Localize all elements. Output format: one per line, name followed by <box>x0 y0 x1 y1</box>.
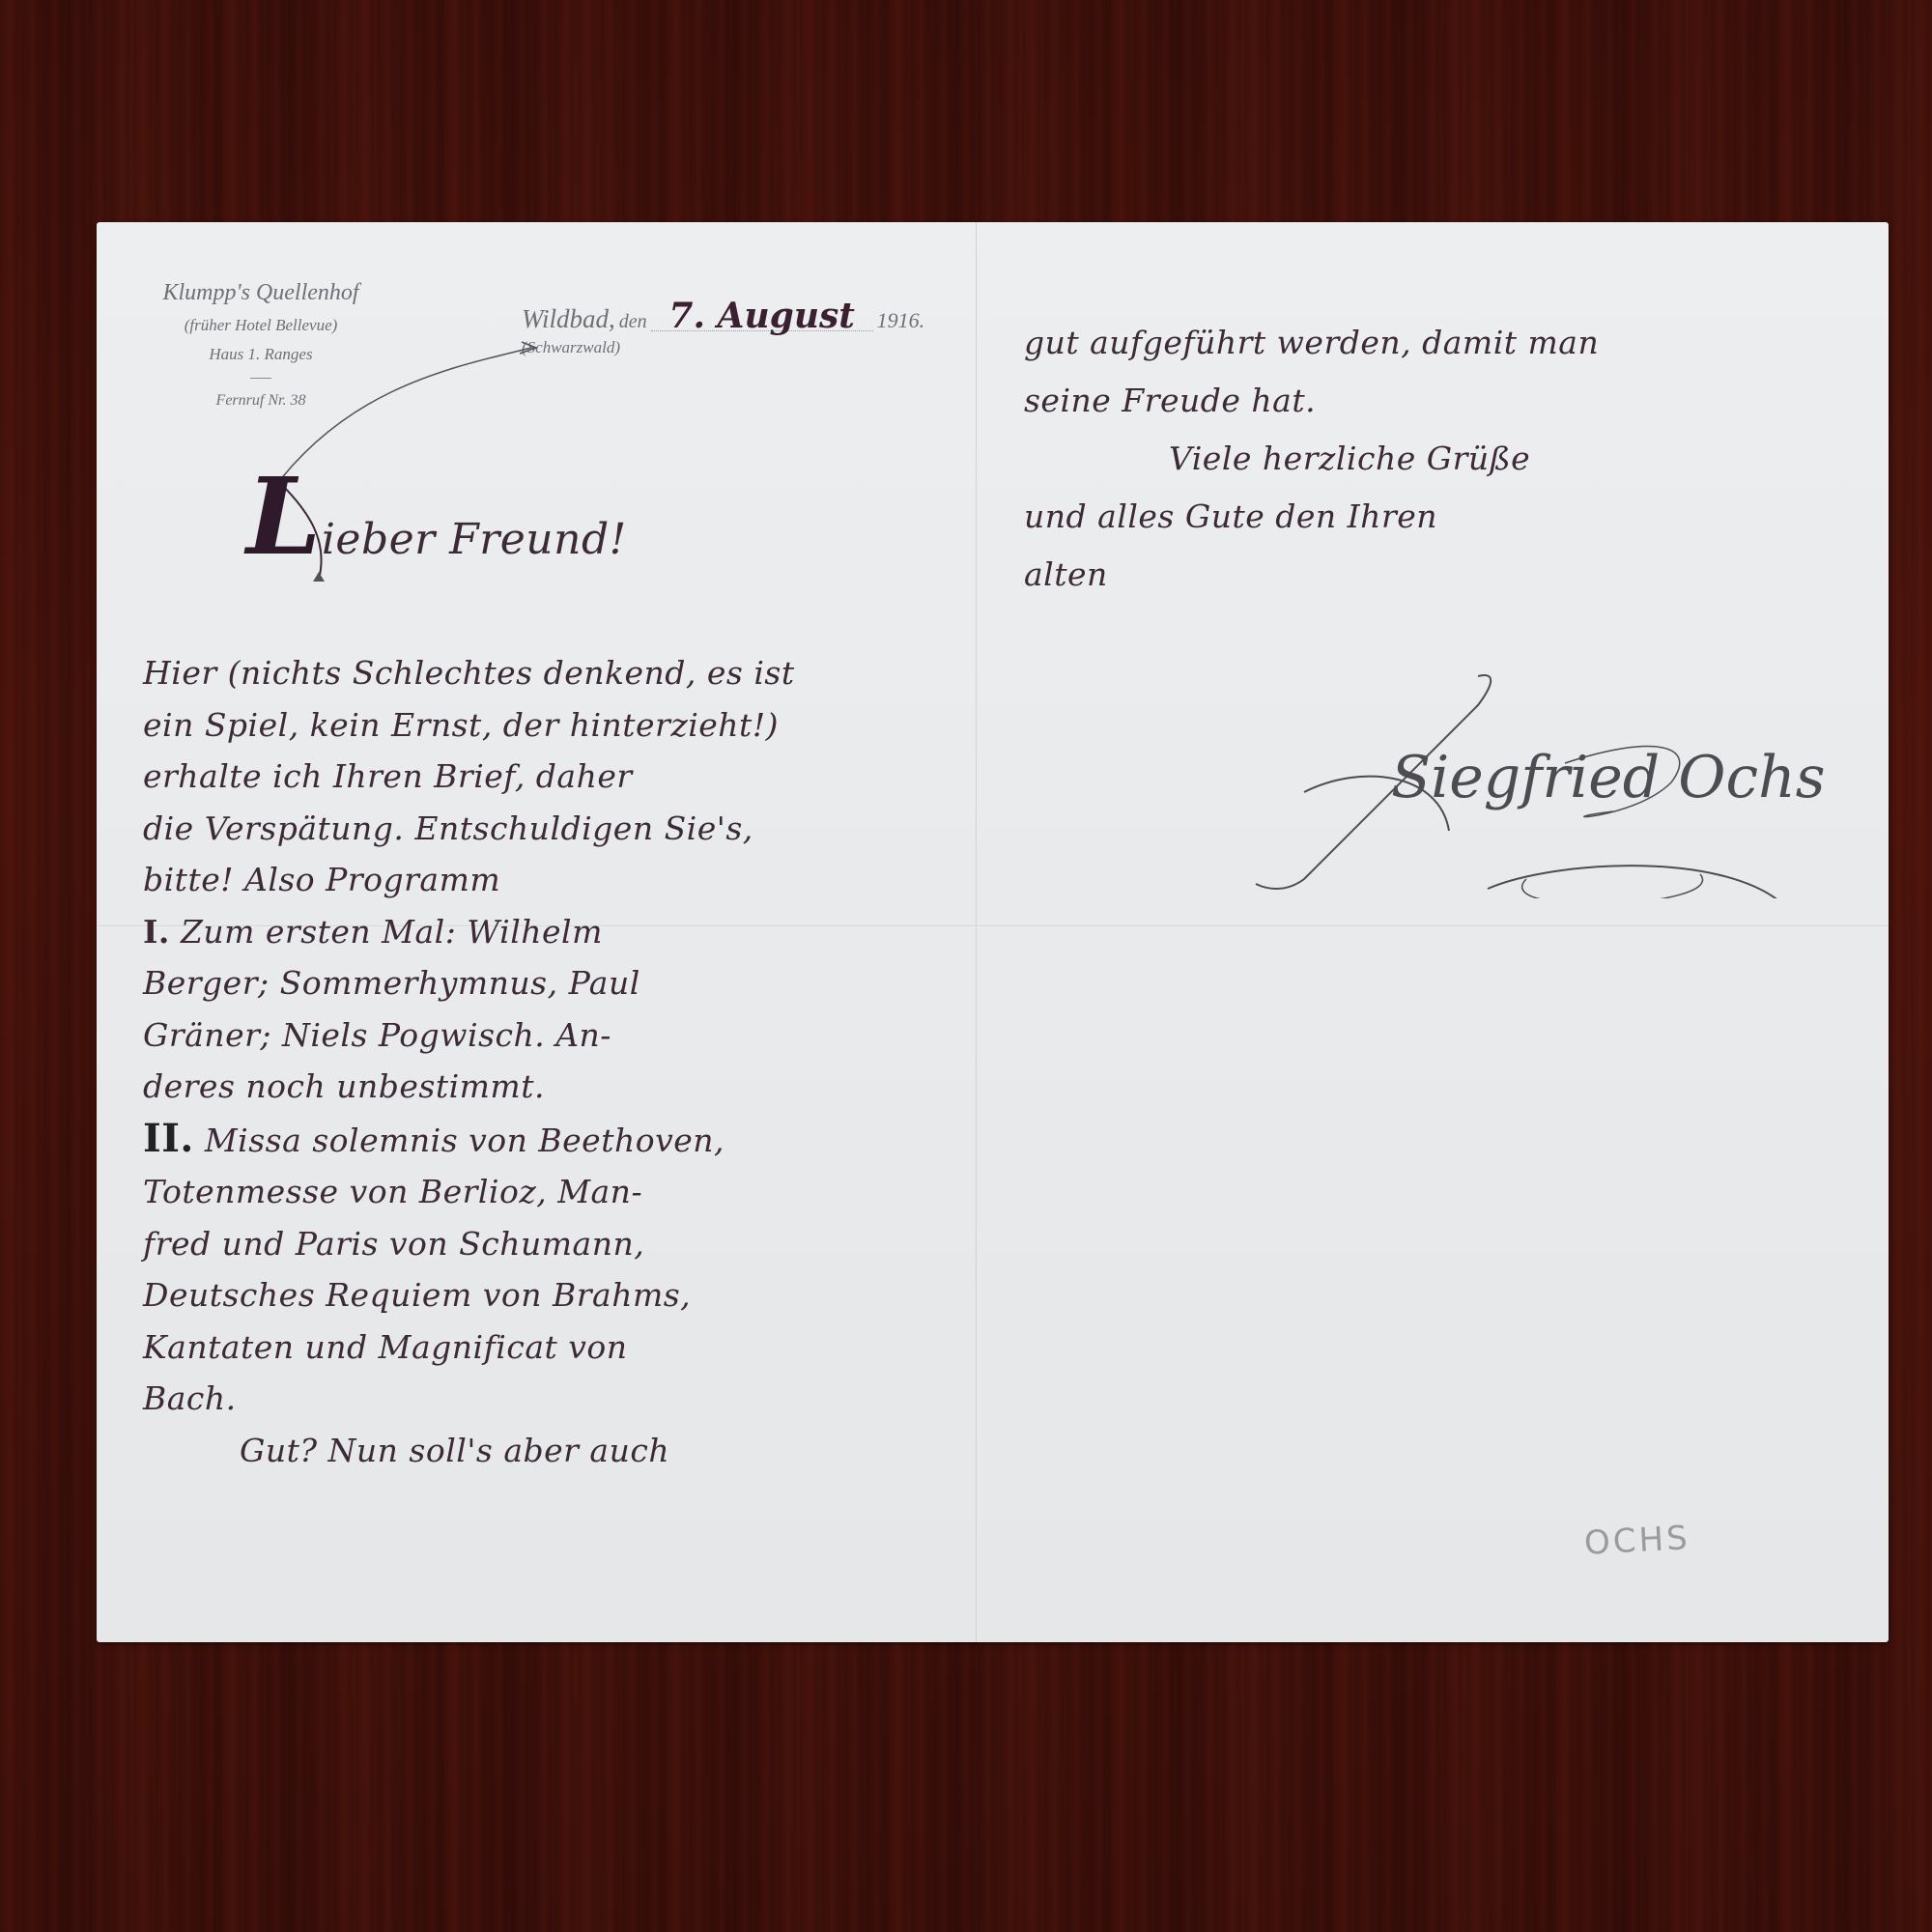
body-line: Kantaten und Magnificat von <box>143 1321 974 1374</box>
pencil-annotation: OCHS <box>1583 1519 1691 1563</box>
body-line: Gräner; Niels Pogwisch. An- <box>143 1009 974 1062</box>
body-line: ein Spiel, kein Ernst, der hinterzieht!) <box>143 699 974 752</box>
date-year: 1916. <box>877 308 925 332</box>
letter-sheet: Klumpp's Quellenhof (früher Hotel Bellev… <box>97 222 1889 1642</box>
regards-line: Viele herzliche Grüße <box>1024 430 1855 488</box>
body-line: Bach. <box>143 1373 974 1425</box>
closing-line: Gut? Nun soll's aber auch <box>143 1425 974 1477</box>
regards-line: alten <box>1024 546 1855 604</box>
salutation-text: ieber Freund! <box>322 515 627 564</box>
body-line: Totenmesse von Berlioz, Man- <box>143 1166 974 1218</box>
program-item-2: II. Missa solemnis von Beethoven, <box>143 1113 974 1167</box>
body-line: bitte! Also Programm <box>143 854 974 906</box>
body-line: Deutsches Requiem von Brahms, <box>143 1269 974 1321</box>
hotel-name: Klumpp's Quellenhof <box>135 280 386 306</box>
signature-block: Siegfried Ochs <box>1246 667 1826 898</box>
region-name: (Schwarzwald) <box>522 338 947 357</box>
body-line: Berger; Sommerhymnus, Paul <box>143 957 974 1009</box>
salutation: Lieber Freund! <box>246 488 627 564</box>
signature-name: Siegfried Ochs <box>1391 744 1826 811</box>
body-line: seine Freude hat. <box>1024 372 1855 430</box>
regards-line: und alles Gute den Ihren <box>1024 488 1855 546</box>
salutation-initial: L <box>246 454 322 579</box>
right-page-body: gut aufgeführt werden, damit man seine F… <box>1024 314 1855 604</box>
handwritten-date: 7. August <box>651 301 873 331</box>
left-page-body: Hier (nichts Schlechtes denkend, es ist … <box>143 647 974 1476</box>
body-line: erhalte ich Ihren Brief, daher <box>143 751 974 803</box>
body-line: fred und Paris von Schumann, <box>143 1218 974 1270</box>
body-line: deres noch unbestimmt. <box>143 1061 974 1113</box>
roman-numeral-two: II. <box>143 1116 194 1161</box>
program-item-1: I. Zum ersten Mal: Wilhelm <box>143 906 974 958</box>
vertical-fold-line <box>976 222 978 1642</box>
body-line: die Verspätung. Entschuldigen Sie's, <box>143 803 974 855</box>
dateline: Wildbad, den 7. August 1916. (Schwarzwal… <box>522 301 947 357</box>
date-prefix: den <box>619 311 647 332</box>
body-line: gut aufgeführt werden, damit man <box>1024 314 1855 372</box>
roman-numeral-one: I. <box>143 913 170 951</box>
body-line: Hier (nichts Schlechtes denkend, es ist <box>143 647 974 699</box>
